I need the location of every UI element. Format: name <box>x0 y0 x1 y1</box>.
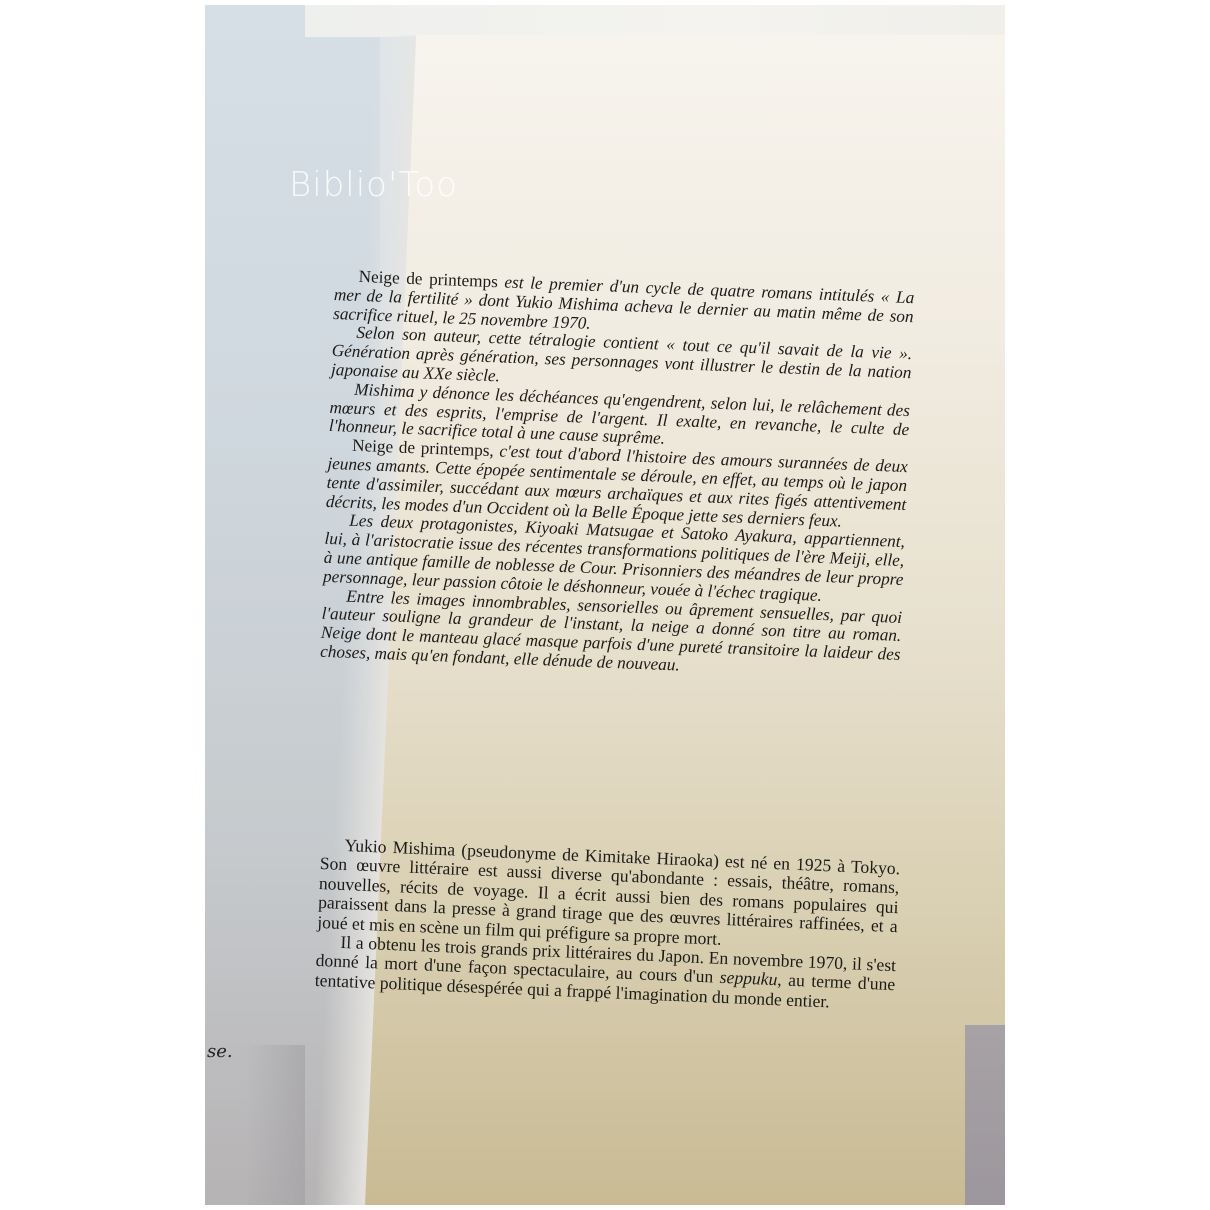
author-bio: Yukio Mishima (pseudonyme de Kimitake Hi… <box>314 835 900 1014</box>
margin-fragment: se. <box>207 1041 233 1062</box>
book-photo: Biblio'Too se. Neige de printemps est le… <box>205 5 1005 1205</box>
synopsis-text: Neige de printemps est le premier d'un c… <box>320 267 915 684</box>
watermark: Biblio'Too <box>289 165 458 205</box>
page-top-strip <box>305 5 1005 37</box>
page-stack-edge <box>965 1025 1005 1205</box>
fold-shadow <box>245 1045 305 1205</box>
